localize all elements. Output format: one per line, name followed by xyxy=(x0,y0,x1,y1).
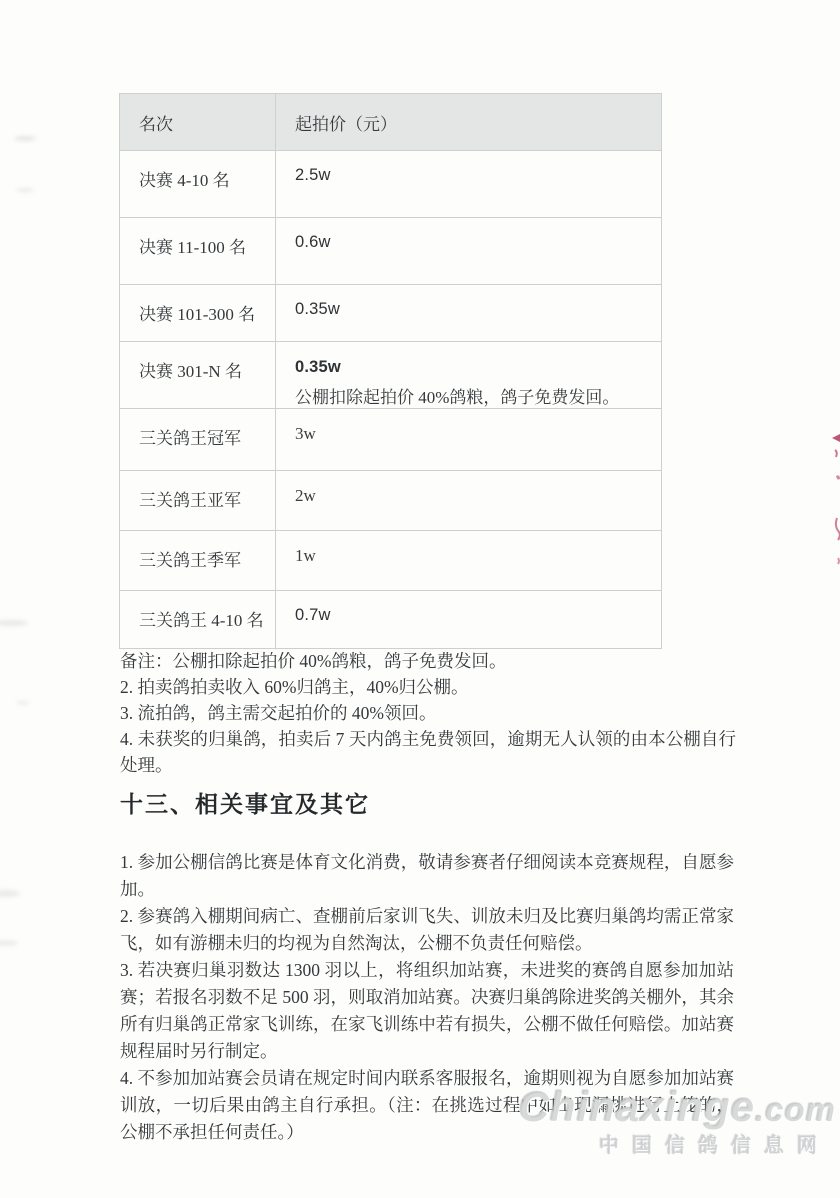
price-value: 0.35w xyxy=(295,358,341,376)
rank-cell: 三关鸽王季军 xyxy=(120,531,276,591)
paragraph: 3. 若决赛归巢羽数达 1300 羽以上，将组织加站赛，未进奖的赛鸽自愿参加加站… xyxy=(120,957,734,1065)
remark-line: 3. 流拍鸽，鸽主需交起拍价的 40%领回。 xyxy=(120,700,736,726)
price-cell: 2.5w xyxy=(276,151,662,218)
rank-cell: 决赛 11-100 名 xyxy=(120,218,276,285)
table-header-row: 名次 起拍价（元） xyxy=(120,94,662,151)
price-note: 公棚扣除起拍价 40%鸽粮，鸽子免费发回。 xyxy=(295,383,655,408)
table-row: 三关鸽王亚军 2w xyxy=(120,471,662,531)
price-cell: 0.35w 公棚扣除起拍价 40%鸽粮，鸽子免费发回。 xyxy=(276,342,662,409)
remark-line: 备注：公棚扣除起拍价 40%鸽粮，鸽子免费发回。 xyxy=(120,648,736,674)
rank-cell: 决赛 101-300 名 xyxy=(120,285,276,342)
price-cell: 1w xyxy=(276,531,662,591)
remark-line: 4. 未获奖的归巢鸽，拍卖后 7 天内鸽主免费领回，逾期无人认领的由本公棚自行处… xyxy=(120,726,736,778)
remark-line: 2. 拍卖鸽拍卖收入 60%归鸽主，40%归公棚。 xyxy=(120,674,736,700)
watermark-subtitle: 中国信鸽信息网 xyxy=(519,1136,830,1156)
table-row: 决赛 4-10 名 2.5w xyxy=(120,151,662,218)
column-header-rank: 名次 xyxy=(120,94,276,151)
rank-cell: 三关鸽王冠军 xyxy=(120,409,276,471)
rank-cell: 决赛 301-N 名 xyxy=(120,342,276,409)
rank-cell: 三关鸽王 4-10 名 xyxy=(120,591,276,649)
table-row: 决赛 101-300 名 0.35w xyxy=(120,285,662,342)
table-row: 决赛 11-100 名 0.6w xyxy=(120,218,662,285)
scan-smudge xyxy=(0,890,20,897)
watermark-brand-text: Chinaxinge.com xyxy=(519,1086,836,1128)
table-row: 三关鸽王季军 1w xyxy=(120,531,662,591)
auction-price-table: 名次 起拍价（元） 决赛 4-10 名 2.5w 决赛 11-100 名 0.6… xyxy=(119,93,662,649)
price-cell: 0.6w xyxy=(276,218,662,285)
price-cell: 0.7w xyxy=(276,591,662,649)
price-cell: 3w xyxy=(276,409,662,471)
scan-smudge xyxy=(0,620,28,626)
watermark-domain-suffix: .com xyxy=(755,1091,836,1128)
scan-smudge xyxy=(16,701,30,705)
column-header-price: 起拍价（元） xyxy=(276,94,662,151)
price-cell: 0.35w xyxy=(276,285,662,342)
rank-cell: 三关鸽王亚军 xyxy=(120,471,276,531)
table-remarks: 备注：公棚扣除起拍价 40%鸽粮，鸽子免费发回。 2. 拍卖鸽拍卖收入 60%归… xyxy=(120,648,736,778)
price-cell: 2w xyxy=(276,471,662,531)
section-heading: 十三、相关事宜及其它 xyxy=(120,786,370,819)
table-row: 三关鸽王冠军 3w xyxy=(120,409,662,471)
rank-cell: 决赛 4-10 名 xyxy=(120,151,276,218)
scan-smudge xyxy=(0,940,18,946)
scan-smudge xyxy=(16,188,34,192)
scan-smudge xyxy=(14,136,36,141)
paragraph: 2. 参赛鸽入棚期间病亡、查棚前后家训飞失、训放未归及比赛归巢鸽均需正常家飞，如… xyxy=(120,903,734,957)
table-row: 三关鸽王 4-10 名 0.7w xyxy=(120,591,662,649)
red-pen-mark-artifacts xyxy=(824,432,840,572)
paragraph: 1. 参加公棚信鸽比赛是体育文化消费，敬请参赛者仔细阅读本竞赛规程，自愿参加。 xyxy=(120,849,734,903)
scanned-document-page: { "colors": { "table_header_bg": "#e4e6e… xyxy=(0,0,840,1198)
table-row: 决赛 301-N 名 0.35w 公棚扣除起拍价 40%鸽粮，鸽子免费发回。 xyxy=(120,342,662,409)
watermark: Chinaxinge.com 中国信鸽信息网 xyxy=(519,1086,836,1156)
